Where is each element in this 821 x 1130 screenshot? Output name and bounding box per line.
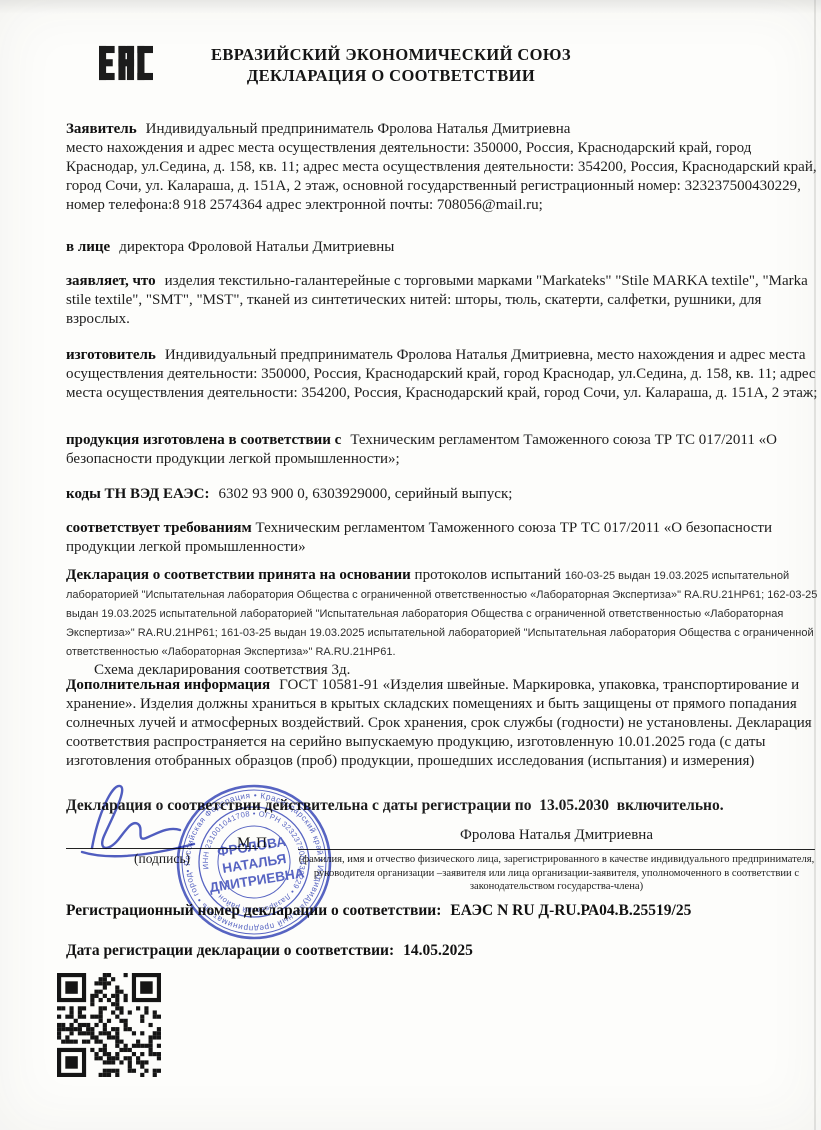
reg-date-label: Дата регистрации декларации о соответств… [66,942,394,959]
manufacturer-label: изготовитель [66,347,156,363]
declaration-page: ЕВРАЗИЙСКИЙ ЭКОНОМИЧЕСКИЙ СОЮЗ ДЕКЛАРАЦИ… [0,0,821,1130]
basis-lead: протоколов испытаний [415,567,562,583]
signatory-note: (фамилия, имя и отчество физического лиц… [298,853,815,894]
qr-code [57,973,161,1077]
manufacturer-text: Индивидуальный предприниматель Фролова Н… [66,347,817,401]
validity-suffix: включительно. [617,797,724,814]
basis-label: Декларация о соответствии принята на осн… [66,567,411,583]
document-header: ЕВРАЗИЙСКИЙ ЭКОНОМИЧЕСКИЙ СОЮЗ ДЕКЛАРАЦИ… [66,44,716,86]
applicant-name: Индивидуальный предприниматель Фролова Н… [146,121,571,137]
section-complies: соответствует требованиям Техническим ре… [66,519,818,557]
tn-ved-codes: 6302 93 900 0, 6303929000, серийный выпу… [218,486,512,502]
section-basis: Декларация о соответствии принята на осн… [66,566,818,680]
section-applicant: ЗаявительИндивидуальный предприниматель … [66,120,818,215]
section-reg-date: Дата регистрации декларации о соответств… [66,941,818,960]
reg-date-value: 14.05.2025 [403,942,473,959]
reg-number-value: ЕАЭС N RU Д-RU.РА04.В.25519/25 [450,902,691,919]
declares-label: заявляет, что [66,273,156,289]
tn-ved-label: коды ТН ВЭД ЕАЭС: [66,486,209,502]
round-stamp: • Российская Федерация • Краснодарский к… [159,767,349,957]
represented-by-text: директора Фроловой Натальи Дмитриевны [119,239,394,255]
produced-according-label: продукция изготовлена в соответствии с [66,432,341,448]
applicant-label: Заявитель [66,121,137,137]
section-reg-number: Регистрационный номер декларации о соотв… [66,901,818,920]
header-union-title: ЕВРАЗИЙСКИЙ ЭКОНОМИЧЕСКИЙ СОЮЗ [66,44,716,65]
section-additional-info: Дополнительная информацияГОСТ 10581-91 «… [66,676,818,771]
additional-info-label: Дополнительная информация [66,677,270,693]
represented-by-label: в лице [66,239,110,255]
section-declares: заявляет, чтоизделия текстильно-галантер… [66,272,818,329]
validity-date: 13.05.2030 [539,797,609,814]
section-tn-ved: коды ТН ВЭД ЕАЭС:6302 93 900 0, 63039290… [66,485,818,504]
section-manufacturer: изготовительИндивидуальный предпринимате… [66,346,818,403]
section-represented-by: в лицедиректора Фроловой Натальи Дмитрие… [66,238,818,257]
basis-protocols: 160-03-25 выдан 19.03.2025 испытательной… [66,570,817,658]
declares-text: изделия текстильно-галантерейные с торго… [66,273,808,327]
name-line [298,849,815,850]
signatory-name: Фролова Наталья Дмитриевна [298,827,815,844]
header-doc-title: ДЕКЛАРАЦИЯ О СООТВЕТСТВИИ [66,65,716,86]
complies-label: соответствует требованиям [66,520,252,536]
applicant-details: место нахождения и адрес места осуществл… [66,140,817,213]
section-produced-according: продукция изготовлена в соответствии сТе… [66,431,818,469]
reg-number-label: Регистрационный номер декларации о соотв… [66,902,441,919]
